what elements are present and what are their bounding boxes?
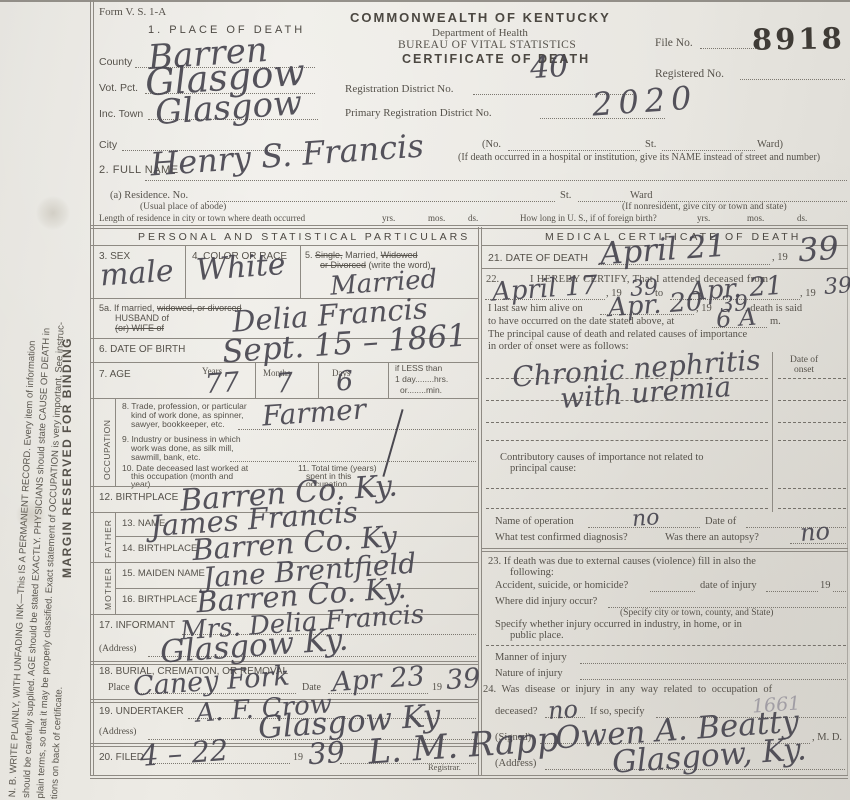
s24-line1: 24. Was disease or injury in any way rel… xyxy=(483,684,772,695)
burial-date-value: Apr 23 xyxy=(331,661,426,698)
informant-label: 17. INFORMANT xyxy=(99,620,175,631)
city-label: City xyxy=(99,139,117,151)
contributory-line2: principal cause: xyxy=(510,463,576,474)
mother-vertical-label: MOTHER xyxy=(103,567,113,610)
less-than-line1: if LESS than xyxy=(395,363,442,373)
manner-label: Manner of injury xyxy=(495,652,567,663)
marital-num: 5. xyxy=(305,250,313,260)
dotted-leader xyxy=(650,591,695,592)
length-residence-label: Length of residence in city or town wher… xyxy=(99,213,305,223)
dod-year-stub: , 19 xyxy=(772,252,788,263)
residence-label: (a) Residence. No. xyxy=(110,190,188,201)
dotted-leader xyxy=(230,461,476,462)
marital-divorced: or Divorced xyxy=(320,260,366,270)
father-divider xyxy=(115,512,116,562)
date-of-label: Date of xyxy=(705,516,736,527)
mos-label: mos. xyxy=(428,213,445,223)
burial-year-value: 39 xyxy=(445,663,481,696)
burial-place-label: Place xyxy=(108,682,130,693)
cause-line xyxy=(486,440,768,441)
form-right-border xyxy=(847,226,848,776)
hour-value: 6 A xyxy=(715,303,757,334)
death-certificate-scan: N. B. WRITE PLAINLY, WITH UNFADING INK—T… xyxy=(0,0,850,800)
principal-cause-line1: The principal cause of death and related… xyxy=(488,329,747,340)
onset-label-line2: onset xyxy=(794,365,814,375)
registration-district-label: Registration District No. xyxy=(345,83,453,95)
dotted-leader xyxy=(508,150,640,151)
handwritten-slash xyxy=(382,409,403,477)
cause-line xyxy=(486,422,768,423)
onset-line xyxy=(778,440,846,441)
primary-registration-value: 2020 xyxy=(591,78,699,123)
marital-married: Married, xyxy=(345,250,378,260)
age-years-value: 77 xyxy=(204,367,240,400)
ds-label: ds. xyxy=(797,213,807,223)
file-no-label: File No. xyxy=(655,37,693,49)
filed-year-value: 39 xyxy=(307,735,346,771)
autopsy-value: no xyxy=(799,517,831,547)
ds-label: ds. xyxy=(468,213,478,223)
dod-year-value: 39 xyxy=(797,229,840,270)
date-of-death-value: April 21 xyxy=(599,228,727,273)
yrs-label: yrs. xyxy=(697,213,710,223)
marital-widowed: Widowed xyxy=(381,250,418,260)
city-ward-label: Ward) xyxy=(757,139,783,150)
primary-registration-label: Primary Registration District No. xyxy=(345,107,492,119)
accident-label: Accident, suicide, or homicide? xyxy=(495,580,628,591)
contributory-line1: Contributory causes of importance not re… xyxy=(500,452,704,463)
residence-st-label: St. xyxy=(560,190,571,201)
dotted-leader xyxy=(580,663,846,664)
to-year-value: 39 xyxy=(823,273,850,300)
onset-line xyxy=(778,378,846,379)
scan-edge xyxy=(0,0,850,2)
section-divider xyxy=(90,225,848,229)
specify-line1: Specify whether injury occurred in indus… xyxy=(495,619,742,630)
contributory-line xyxy=(486,488,768,489)
s23-line1: 23. If death was due to external causes … xyxy=(488,556,756,567)
date-of-death-label: 21. DATE OF DEATH xyxy=(488,252,588,264)
last-worked-line3: year) xyxy=(131,479,150,489)
abode-hint: (Usual place of abode) xyxy=(140,202,226,212)
husband-of-label: HUSBAND of xyxy=(115,313,169,323)
howlong-us-label: How long in U. S., if of foreign birth? xyxy=(520,213,657,223)
onset-line xyxy=(778,488,846,489)
form-left-border xyxy=(90,0,94,776)
onset-line xyxy=(778,400,846,401)
city-no-label: (No. xyxy=(482,139,501,150)
file-no-stamp: 8918 xyxy=(752,21,845,57)
birthplace-label: 12. BIRTHPLACE xyxy=(99,492,178,503)
spouse-line1: 5a. If married, widowed, or divorced xyxy=(99,303,242,313)
dob-label: 6. DATE OF BIRTH xyxy=(99,344,185,355)
less-than-line3: or........min. xyxy=(400,385,442,395)
spouse-struck: widowed, or divorced xyxy=(157,303,242,313)
nature-label: Nature of injury xyxy=(495,668,563,679)
cell-divider xyxy=(300,245,301,298)
injury-year-stub: 19 xyxy=(820,580,831,591)
less-than-line2: 1 day........hrs. xyxy=(395,374,448,384)
father-birthplace-label: 14. BIRTHPLACE xyxy=(122,543,197,554)
commonwealth-title: COMMONWEALTH OF KENTUCKY xyxy=(350,10,611,25)
where-injury-label: Where did injury occur? xyxy=(495,596,597,607)
undertaker-label: 19. UNDERTAKER xyxy=(99,706,184,717)
last-saw-value: Apr. 20 xyxy=(607,287,703,324)
principal-cause-line2: in order of onset were as follows: xyxy=(488,341,629,352)
marital-single: Single, xyxy=(315,250,343,260)
dotted-leader xyxy=(740,79,845,80)
mother-name-label: 15. MAIDEN NAME xyxy=(122,568,205,579)
rule xyxy=(481,268,848,269)
spouse-label: 5a. If married, xyxy=(99,303,155,313)
mos-label: mos. xyxy=(747,213,764,223)
city-st-label: St. xyxy=(645,139,656,150)
md-label: , M. D. xyxy=(812,732,842,743)
dotted-leader xyxy=(700,48,760,49)
form-number: Form V. S. 1-A xyxy=(99,6,166,18)
burial-year-stub: 19 xyxy=(432,682,442,693)
undertaker-address-label: (Address) xyxy=(99,727,136,737)
deceased-label: deceased? xyxy=(495,706,538,717)
specify-line2: public place. xyxy=(510,630,564,641)
margin-binding-label: MARGIN RESERVED FOR BINDING xyxy=(60,337,74,578)
cell-divider xyxy=(318,362,319,398)
blank-line xyxy=(486,645,846,646)
age-months-value: 7 xyxy=(275,367,294,399)
cell-divider xyxy=(185,245,186,298)
date-of-injury-label: date of injury xyxy=(700,580,757,591)
wife-of-struck: (or) WIFE of xyxy=(115,323,164,333)
inc-town-label: Inc. Town xyxy=(99,108,143,120)
operation-label: Name of operation xyxy=(495,516,574,527)
nonresident-hint: (If nonresident, give city or town and s… xyxy=(622,202,787,212)
mother-birthplace-label: 16. BIRTHPLACE xyxy=(122,594,197,605)
cell-divider xyxy=(388,362,389,398)
sex-value: male xyxy=(99,253,175,293)
dotted-leader xyxy=(833,591,846,592)
filed-year-stub: 19 xyxy=(293,752,303,763)
to-year-stub: , 19 xyxy=(800,288,816,299)
full-name-value: Henry S. Francis xyxy=(149,126,425,183)
informant-address-label: (Address) xyxy=(99,644,136,654)
onset-column-divider xyxy=(772,352,773,512)
operation-value: no xyxy=(631,505,660,532)
industry-line3: sawmill, bank, etc. xyxy=(131,452,200,462)
onset-line xyxy=(778,508,846,509)
marital-options-line1: 5. Single, Married, Widowed xyxy=(305,250,418,260)
onset-label-line1: Date of xyxy=(790,355,818,365)
personal-section-title: PERSONAL AND STATISTICAL PARTICULARS xyxy=(138,231,470,243)
occupation-vertical-label: OCCUPATION xyxy=(102,420,112,480)
occupation-value: Farmer xyxy=(261,392,367,432)
form-bottom-border xyxy=(90,775,848,779)
onset-line xyxy=(778,422,846,423)
paper-stain xyxy=(36,196,70,230)
filed-value: 4 – 22 xyxy=(139,733,229,773)
dotted-leader xyxy=(580,679,846,680)
department-line: Department of Health xyxy=(432,27,528,39)
hospital-hint: (If death occurred in a hospital or inst… xyxy=(458,152,820,163)
autopsy-label: Was there an autopsy? xyxy=(665,532,759,543)
age-label: 7. AGE xyxy=(99,369,131,380)
dotted-leader xyxy=(746,527,846,528)
s23-line2: following: xyxy=(510,567,554,578)
trade-line3: sawyer, bookkeeper, etc. xyxy=(131,419,225,429)
race-value: White xyxy=(195,247,287,288)
residence-ward-label: Ward xyxy=(630,190,652,201)
dotted-leader xyxy=(145,180,847,181)
dotted-leader xyxy=(662,150,755,151)
rule xyxy=(90,245,478,246)
test-label: What test confirmed diagnosis? xyxy=(495,532,628,543)
registration-district-value: 40 xyxy=(529,49,570,87)
rule xyxy=(481,548,848,552)
filed-label: 20. FILED xyxy=(99,752,144,763)
dotted-leader xyxy=(766,591,818,592)
specify-city-hint: (Specify city or town, county, and State… xyxy=(620,608,773,618)
yrs-label: yrs. xyxy=(382,213,395,223)
father-vertical-label: FATHER xyxy=(103,519,113,558)
dotted-leader xyxy=(578,201,625,202)
m-label: m. xyxy=(770,316,781,327)
voting-precinct-label: Vot. Pct. xyxy=(99,82,138,94)
contributory-line xyxy=(486,508,768,509)
county-label: County xyxy=(99,56,132,68)
dotted-leader xyxy=(207,201,555,202)
paper-stain xyxy=(16,500,46,530)
occupation-divider xyxy=(115,398,116,486)
